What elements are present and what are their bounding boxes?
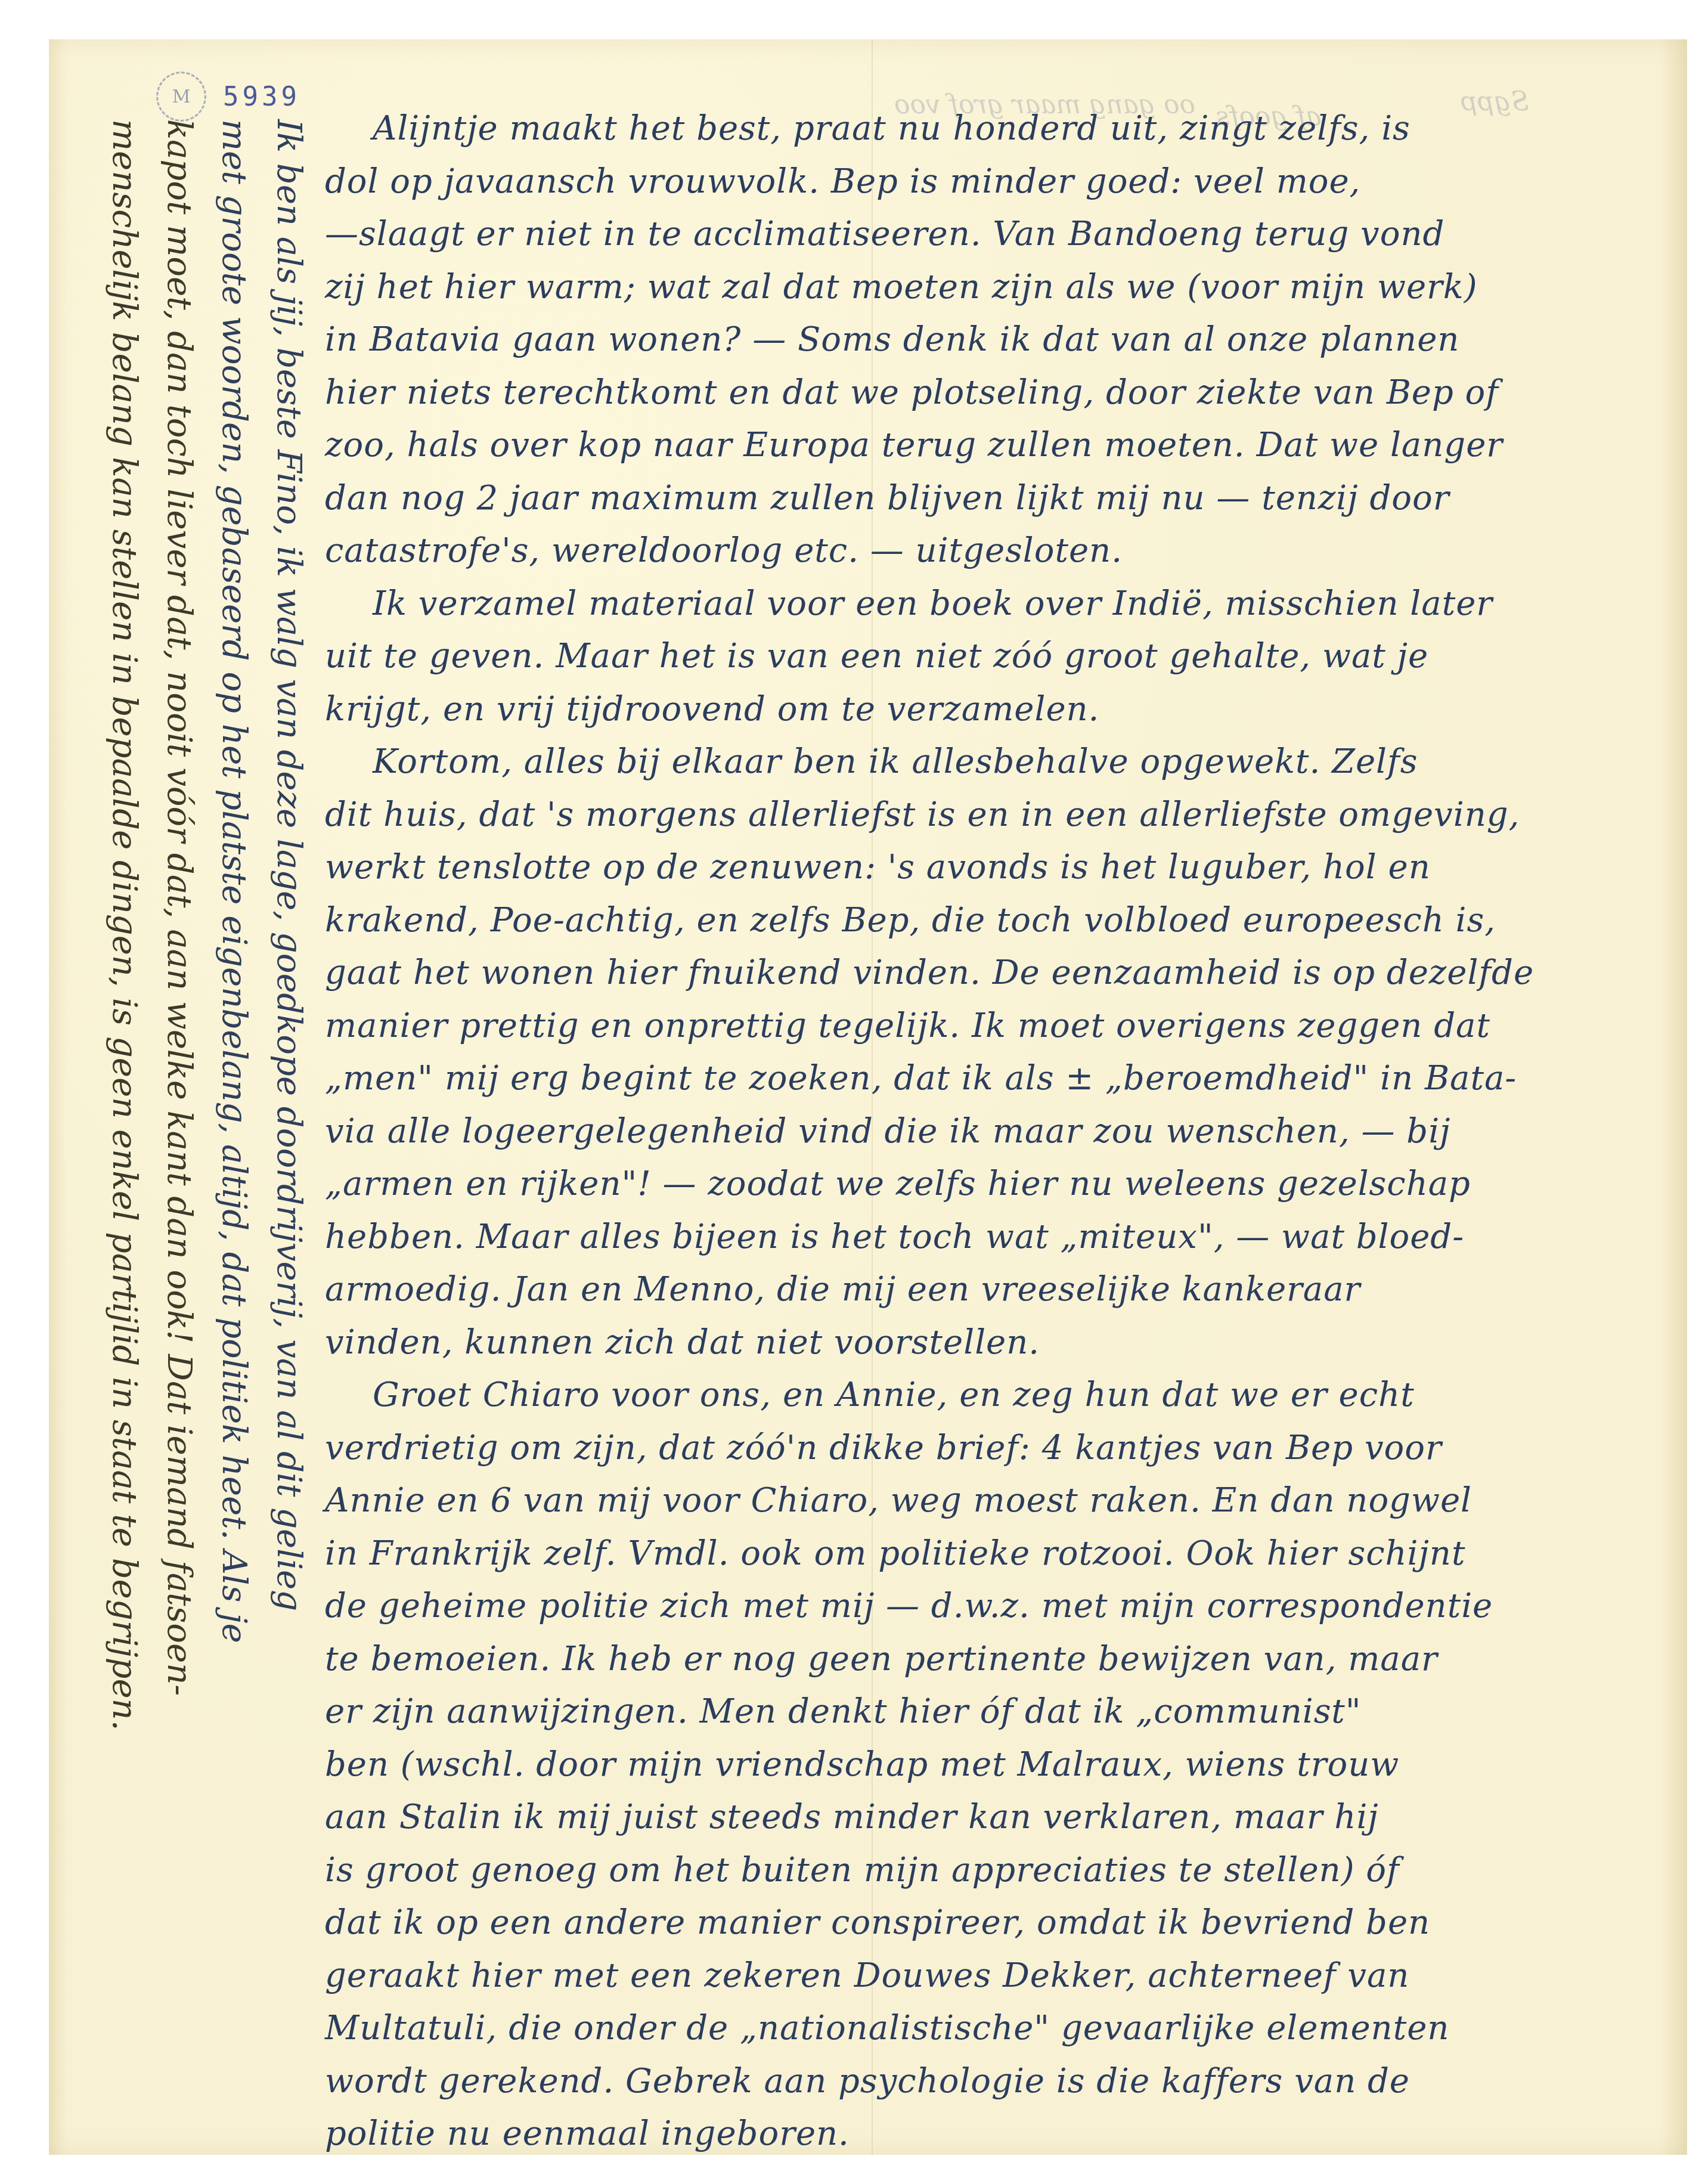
text-line: „men" mij erg begint te zoeken, dat ik a… xyxy=(325,1052,1666,1105)
letter-body: Alijntje maakt het best, praat nu honder… xyxy=(325,103,1666,2161)
margin-line: kapot moet, dan toch liever dat, nooit v… xyxy=(151,119,206,2135)
archive-stamp: M 5939 xyxy=(156,72,300,122)
text-line: geraakt hier met een zekeren Douwes Dekk… xyxy=(325,1950,1666,2003)
text-line: manier prettig en onprettig tegelijk. Ik… xyxy=(325,1000,1666,1053)
text-line: gaat het wonen hier fnuikend vinden. De … xyxy=(325,947,1666,1000)
text-line: ben (wschl. door mijn vriendschap met Ma… xyxy=(325,1739,1666,1792)
margin-line: met groote woorden, gebaseerd op het pla… xyxy=(206,119,261,2135)
text-line: verdrietig om zijn, dat zóó'n dikke brie… xyxy=(325,1422,1666,1475)
paragraph-start: Groet Chiaro voor ons, en Annie, en zeg … xyxy=(325,1369,1666,1422)
text-line: hebben. Maar alles bijeen is het toch wa… xyxy=(325,1211,1666,1264)
text-line: wordt gerekend. Gebrek aan psychologie i… xyxy=(325,2055,1666,2108)
text-line: aan Stalin ik mij juist steeds minder ka… xyxy=(325,1791,1666,1844)
text-line: de geheime politie zich met mij — d.w.z.… xyxy=(325,1580,1666,1633)
archive-seal-icon: M xyxy=(156,72,206,122)
text-line: —slaagt er niet in te acclimatiseeren. V… xyxy=(325,208,1666,261)
text-line: krakend, Poe-achtig, en zelfs Bep, die t… xyxy=(325,894,1666,947)
text-line: werkt tenslotte op de zenuwen: 's avonds… xyxy=(325,841,1666,894)
text-line: in Batavia gaan wonen? — Soms denk ik da… xyxy=(325,314,1666,367)
margin-line: Ik ben als jij, beste Fino, ik walg van … xyxy=(261,119,316,2135)
text-line: „armen en rijken"! — zoodat we zelfs hie… xyxy=(325,1158,1666,1211)
text-line: dol op javaansch vrouwvolk. Bep is minde… xyxy=(325,156,1666,209)
text-line: Annie en 6 van mij voor Chiaro, weg moes… xyxy=(325,1475,1666,1528)
text-line: dat ik op een andere manier conspireer, … xyxy=(325,1897,1666,1950)
text-line: Alijntje maakt het best, praat nu honder… xyxy=(325,103,1666,156)
paragraph-start: Ik verzamel materiaal voor een boek over… xyxy=(325,578,1666,631)
text-line: zoo, hals over kop naar Europa terug zul… xyxy=(325,419,1666,472)
text-line: politie nu eenmaal ingeboren. xyxy=(325,2108,1666,2161)
margin-line: menschelijk belang kan stellen in bepaal… xyxy=(97,119,151,2135)
text-line: catastrofe's, wereldoorlog etc. — uitges… xyxy=(325,525,1666,578)
text-line: Multatuli, die onder de „nationalistisch… xyxy=(325,2002,1666,2055)
text-line: dan nog 2 jaar maximum zullen blijven li… xyxy=(325,472,1666,525)
margin-note-vertical: Ik ben als jij, beste Fino, ik walg van … xyxy=(89,119,316,2135)
text-line: er zijn aanwijzingen. Men denkt hier óf … xyxy=(325,1686,1666,1739)
text-line: vinden, kunnen zich dat niet voorstellen… xyxy=(325,1317,1666,1370)
text-line: te bemoeien. Ik heb er nog geen pertinen… xyxy=(325,1633,1666,1686)
text-line: armoedig. Jan en Menno, die mij een vree… xyxy=(325,1263,1666,1317)
text-line: via alle logeergelegenheid vind die ik m… xyxy=(325,1105,1666,1159)
text-line: zij het hier warm; wat zal dat moeten zi… xyxy=(325,261,1666,314)
text-line: uit te geven. Maar het is van een niet z… xyxy=(325,630,1666,683)
paragraph-start: Kortom, alles bij elkaar ben ik allesbeh… xyxy=(325,736,1666,789)
text-line: is groot genoeg om het buiten mijn appre… xyxy=(325,1844,1666,1897)
text-line: dit huis, dat 's morgens allerliefst is … xyxy=(325,789,1666,842)
text-line: in Frankrijk zelf. Vmdl. ook om politiek… xyxy=(325,1528,1666,1581)
text-line: krijgt, en vrij tijdroovend om te verzam… xyxy=(325,683,1666,736)
archive-number: 5939 xyxy=(223,82,300,112)
text-line: hier niets terechtkomt en dat we plotsel… xyxy=(325,367,1666,420)
